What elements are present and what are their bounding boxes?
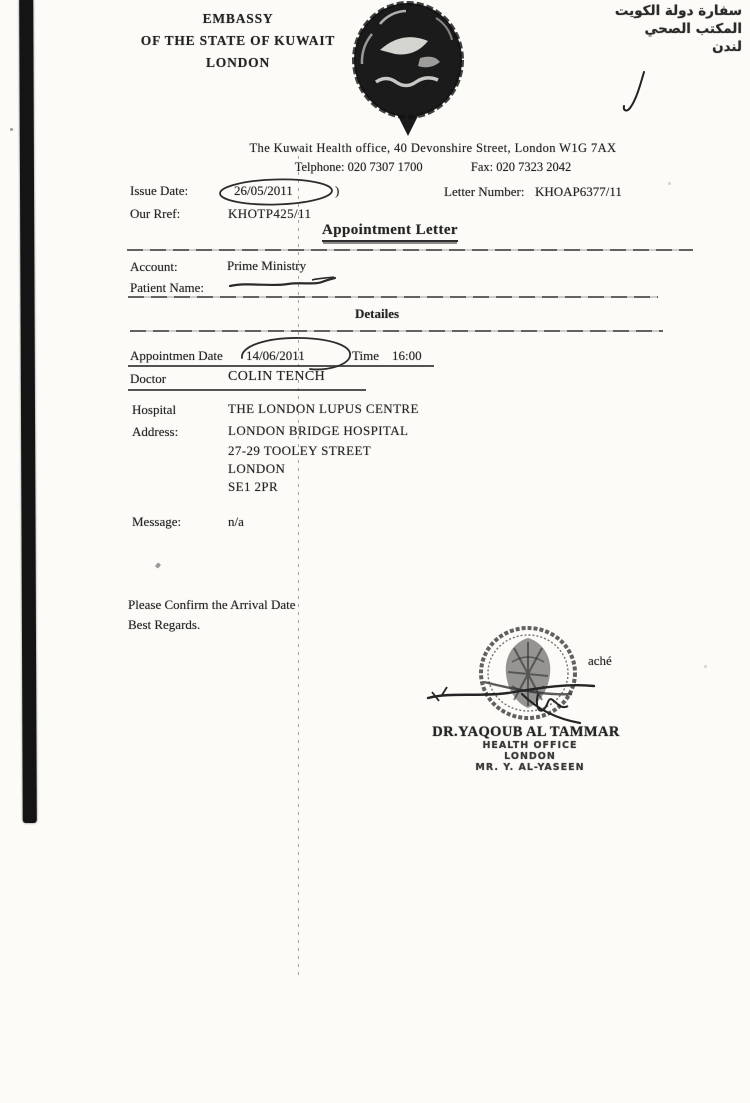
confirm-line: Please Confirm the Arrival Date	[128, 597, 296, 612]
doctor-name: COLIN TENCH	[228, 369, 325, 385]
our-ref-label: Our Rref:	[130, 206, 180, 221]
arabic-line: لندن	[560, 38, 742, 56]
letter-number-label: Letter Number:	[444, 184, 525, 199]
account-value: Prime Ministry	[227, 258, 306, 273]
kuwait-emblem-icon	[350, 0, 468, 143]
message-label: Message:	[132, 514, 181, 529]
telephone-text: Telphone: 020 7307 1700	[295, 160, 423, 174]
stamp-line: LONDON	[452, 752, 608, 763]
address-line: 27-29 TOOLEY STREET	[228, 443, 371, 458]
doctor-label: Doctor	[130, 371, 166, 386]
scan-speck	[668, 182, 671, 185]
stamp-line: HEALTH OFFICE	[452, 741, 608, 752]
embassy-line: OF THE STATE OF KUWAIT	[140, 30, 336, 52]
letter-title-wrap: Appointment Letter	[280, 221, 500, 242]
embassy-line: LONDON	[140, 52, 336, 74]
arabic-line: سفارة دولة الكويت	[560, 2, 742, 20]
phone-fax-line: Telphone: 020 7307 1700 Fax: 020 7323 20…	[133, 160, 733, 175]
regards-line: Best Regards.	[128, 617, 200, 632]
letter-number-row: Letter Number: KHOAP6377/11	[444, 184, 622, 199]
scan-speck	[10, 128, 13, 131]
stamp-line: MR. Y. AL-YASEEN	[452, 763, 608, 774]
office-address-line: The Kuwait Health office, 40 Devonshire …	[133, 141, 733, 156]
embassy-letterhead: EMBASSY OF THE STATE OF KUWAIT LONDON	[140, 8, 336, 74]
scan-artifact-bar	[19, 0, 37, 823]
time-label: Time	[352, 348, 379, 363]
horizontal-rule	[130, 330, 663, 332]
time-value: 16:00	[392, 348, 422, 363]
hospital-name: THE LONDON LUPUS CENTRE	[228, 401, 419, 416]
fax-text: Fax: 020 7323 2042	[471, 160, 571, 174]
appointment-date-label: Appointmen Date	[130, 348, 223, 363]
our-ref-value: KHOTP425/11	[228, 206, 311, 221]
handwritten-mark	[618, 68, 652, 121]
letter-title: Appointment Letter	[322, 222, 458, 242]
address-line: SE1 2PR	[228, 479, 278, 494]
details-heading: Detailes	[355, 306, 399, 321]
signer-name: DR.YAQOUB AL TAMMAR	[430, 724, 622, 741]
issue-date-label: Issue Date:	[130, 183, 188, 198]
scanned-appointment-letter: EMBASSY OF THE STATE OF KUWAIT LONDON سف…	[0, 0, 750, 1103]
arabic-line: المكتب الصحي	[560, 20, 742, 38]
patient-name-label: Patient Name:	[130, 280, 204, 295]
hospital-label: Hospital	[132, 402, 176, 417]
patient-name-scribble	[228, 275, 338, 296]
address-line: LONDON	[228, 461, 285, 476]
issue-date-suffix: )	[335, 183, 339, 198]
letter-number-value: KHOAP6377/11	[535, 184, 622, 199]
scan-speck	[155, 562, 161, 568]
horizontal-rule	[128, 296, 658, 298]
embassy-line: EMBASSY	[140, 8, 336, 30]
address-label: Address:	[132, 424, 178, 439]
arabic-letterhead: سفارة دولة الكويت المكتب الصحي لندن	[560, 2, 746, 56]
address-line: LONDON BRIDGE HOSPITAL	[228, 423, 408, 438]
row-underline	[128, 389, 366, 391]
horizontal-rule	[127, 249, 693, 251]
account-label: Account:	[130, 259, 178, 274]
message-value: n/a	[228, 514, 244, 529]
stamp-text-block: HEALTH OFFICE LONDON MR. Y. AL-YASEEN	[452, 741, 608, 774]
row-underline	[128, 365, 434, 367]
scan-speck	[704, 665, 707, 668]
